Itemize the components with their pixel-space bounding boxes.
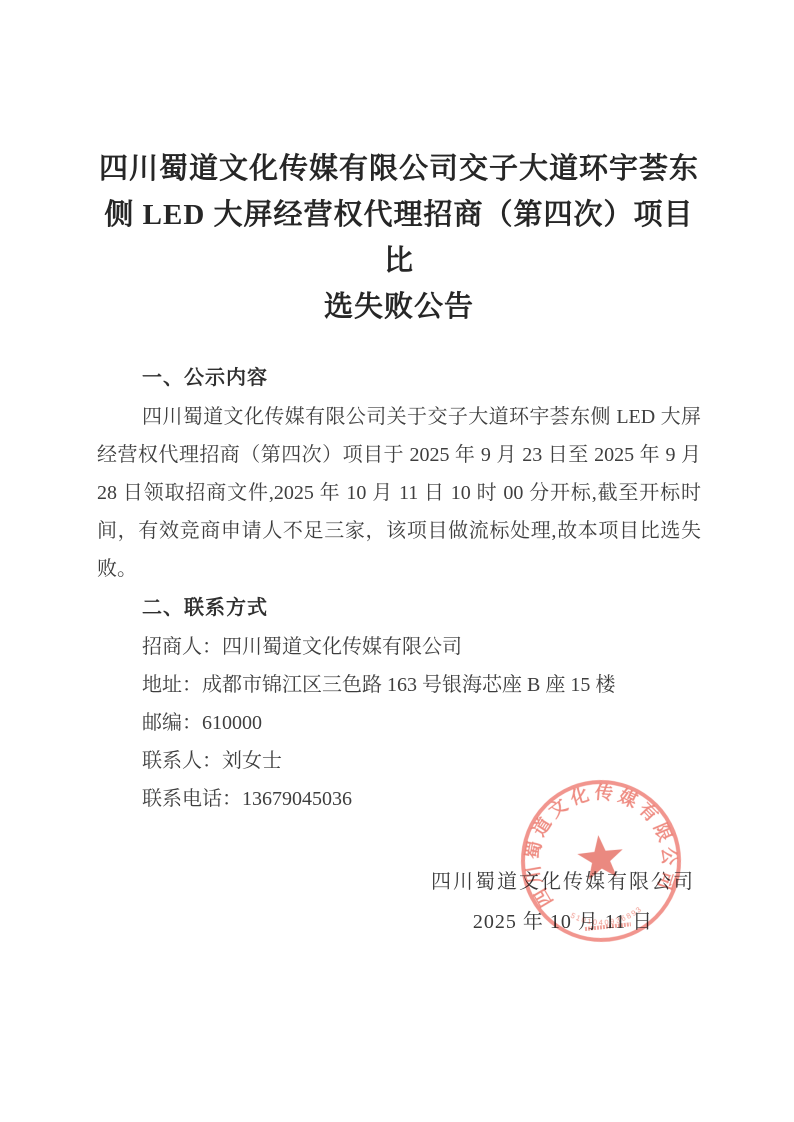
contact-line-phone: 联系电话：13679045036 (142, 780, 701, 818)
signature-area: 四川蜀道文化传媒有限公司 2025 年 10 月 11 日 (97, 862, 701, 942)
title-line-2: 侧 LED 大屏经营权代理招商（第四次）项目比 (97, 192, 701, 284)
contact-info-block: 招商人：四川蜀道文化传媒有限公司 地址：成都市锦江区三色路 163 号银海芯座 … (97, 628, 701, 818)
signature-block: 四川蜀道文化传媒有限公司 2025 年 10 月 11 日 (431, 862, 695, 942)
contact-line-person: 联系人：刘女士 (142, 742, 701, 780)
section-heading-publicity-content: 一、公示内容 (142, 358, 701, 398)
document-content: 四川蜀道文化传媒有限公司交子大道环宇荟东 侧 LED 大屏经营权代理招商（第四次… (97, 146, 701, 942)
contact-line-tenderer: 招商人：四川蜀道文化传媒有限公司 (142, 628, 701, 666)
document-page: 四川蜀道文化传媒有限公司交子大道环宇荟东 侧 LED 大屏经营权代理招商（第四次… (0, 0, 794, 1122)
contact-line-address: 地址：成都市锦江区三色路 163 号银海芯座 B 座 15 楼 (142, 666, 701, 704)
signature-company-name: 四川蜀道文化传媒有限公司 (431, 862, 695, 902)
signature-date: 2025 年 10 月 11 日 (431, 902, 695, 942)
document-title: 四川蜀道文化传媒有限公司交子大道环宇荟东 侧 LED 大屏经营权代理招商（第四次… (97, 146, 701, 330)
title-line-3: 选失败公告 (97, 284, 701, 330)
section-heading-contact-info: 二、联系方式 (142, 588, 701, 628)
publicity-content-paragraph: 四川蜀道文化传媒有限公司关于交子大道环宇荟东侧 LED 大屏经营权代理招商（第四… (97, 398, 701, 588)
title-line-1: 四川蜀道文化传媒有限公司交子大道环宇荟东 (97, 146, 701, 192)
contact-line-postcode: 邮编：610000 (142, 704, 701, 742)
